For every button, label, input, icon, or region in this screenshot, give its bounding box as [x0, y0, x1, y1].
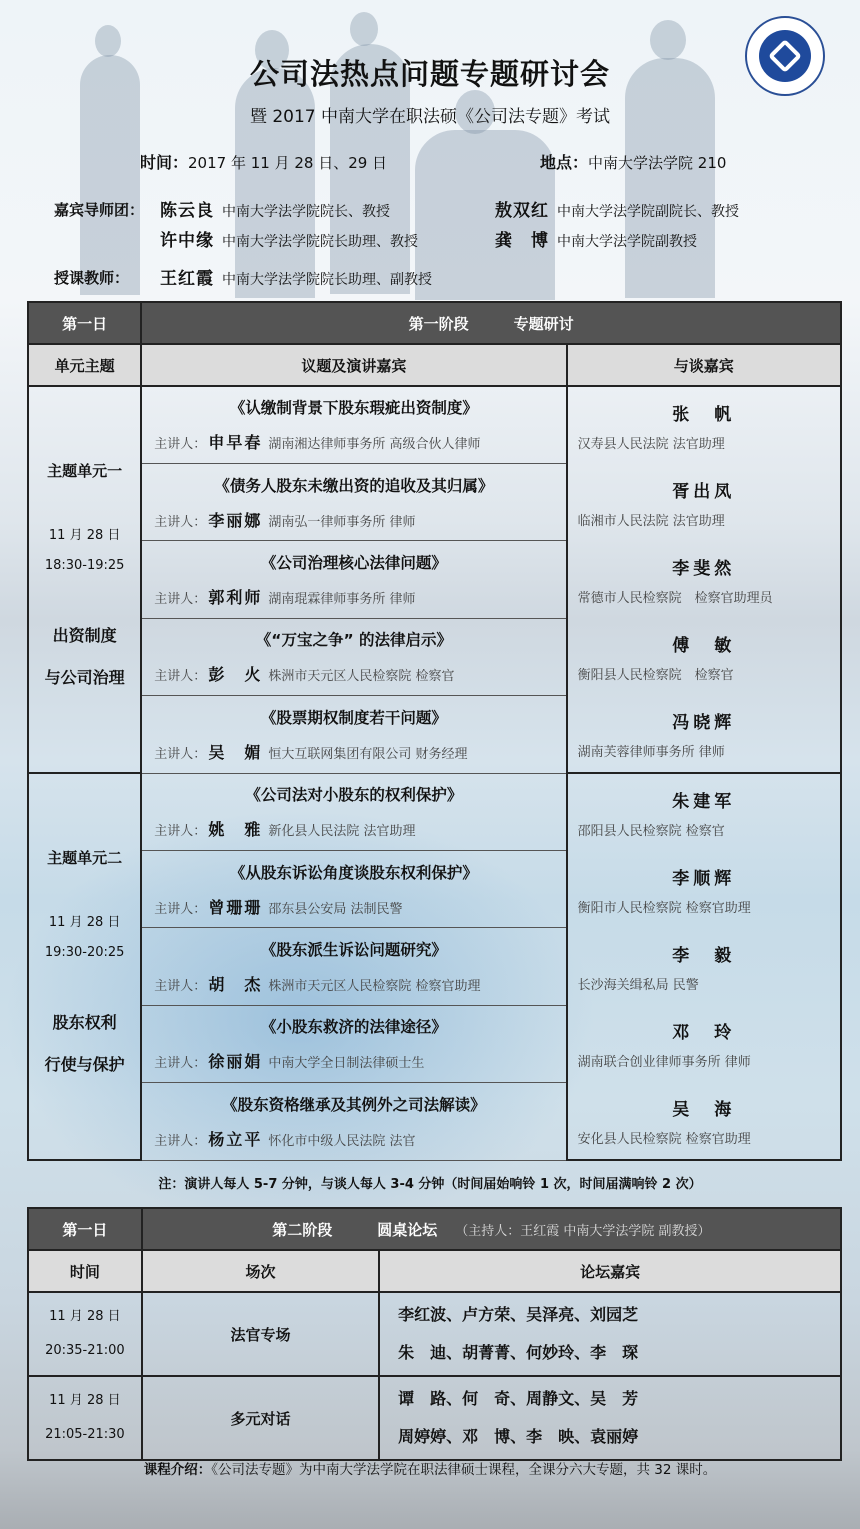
- topic-cell: 《股票期权制度若干问题》 主讲人：吴 媚恒大互联网集团有限公司 财务经理: [141, 696, 566, 773]
- mentor: 许中缘中南大学法学院院长助理、教授: [160, 226, 418, 251]
- stage-label: 第二阶段 圆桌论坛（主持人：王红霞 中南大学法学院 副教授）: [142, 1208, 841, 1250]
- panelist: 朱建军邵阳县人民检察院 检察官: [578, 774, 830, 851]
- panelist: 张 帆汉寿县人民法院 法官助理: [578, 387, 830, 464]
- topic-cell: 《认缴制背景下股东瑕疵出资制度》 主讲人：申早春湖南湘达律师事务所 高级合伙人律…: [141, 386, 566, 463]
- stage-label: 第一阶段 专题研讨: [141, 302, 841, 344]
- time-label: 时间：: [140, 153, 188, 172]
- stage1-table: 第一日 第一阶段 专题研讨 单元主题 议题及演讲嘉宾 与谈嘉宾 主题单元一 11…: [27, 301, 842, 1161]
- forum-session: 多元对话: [142, 1376, 379, 1460]
- speaker: 主讲人：徐丽娟中南大学全日制法律硕士生: [154, 1049, 553, 1072]
- page-subtitle: 暨 2017 中南大学在职法硕《公司法专题》考试: [0, 102, 860, 127]
- col-guests: 论坛嘉宾: [379, 1250, 841, 1292]
- event-time: 时间：2017 年 11 月 28 日、29 日: [140, 150, 387, 173]
- topic-cell: 《公司法对小股东的权利保护》 主讲人：姚 雅新化县人民法院 法官助理: [141, 773, 566, 850]
- col-topic: 议题及演讲嘉宾: [141, 344, 566, 386]
- col-time: 时间: [28, 1250, 142, 1292]
- topic-cell: 《股东派生诉讼问题研究》 主讲人：胡 杰株洲市天元区人民检察院 检察官助理: [141, 928, 566, 1005]
- unit-date: 11 月 28 日: [29, 908, 140, 938]
- topic-title: 《公司法对小股东的权利保护》: [154, 783, 553, 805]
- forum-host: （主持人：王红霞 中南大学法学院 副教授）: [455, 1224, 710, 1239]
- speaker: 主讲人：曾珊珊邵东县公安局 法制民警: [154, 895, 553, 918]
- stage1-header: 第一日 第一阶段 专题研讨: [28, 302, 841, 344]
- instructor-label: 授课教师：: [54, 267, 129, 288]
- speaker: 主讲人：申早春湖南湘达律师事务所 高级合伙人律师: [154, 430, 553, 453]
- forum-guests: 谭 路、何 奇、周静文、吴 芳周婷婷、邓 博、李 映、袁丽婷: [379, 1376, 841, 1460]
- unit-topic: 与公司治理: [29, 657, 140, 699]
- speaker: 主讲人：胡 杰株洲市天元区人民检察院 检察官助理: [154, 972, 553, 995]
- panelist: 李顺辉衡阳市人民检察院 检察官助理: [578, 851, 830, 928]
- table-row: 主题单元二 11 月 28 日 19:30-20:25 股东权利 行使与保护 《…: [28, 773, 841, 850]
- topic-title: 《债务人股东未缴出资的追收及其归属》: [154, 474, 553, 496]
- table-row: 主题单元一 11 月 28 日 18:30-19:25 出资制度 与公司治理 《…: [28, 386, 841, 463]
- unit-cell: 主题单元二 11 月 28 日 19:30-20:25 股东权利 行使与保护: [28, 773, 141, 1160]
- topic-title: 《公司治理核心法律问题》: [154, 551, 553, 573]
- topic-title: 《股东资格继承及其例外之司法解读》: [154, 1093, 553, 1115]
- panelist: 李斐然常德市人民检察院 检察官助理员: [578, 541, 830, 618]
- panelist: 冯晓辉湖南芙蓉律师事务所 律师: [578, 695, 830, 772]
- instructor: 王红霞中南大学法学院院长助理、副教授: [160, 264, 432, 289]
- col-panel: 与谈嘉宾: [567, 344, 841, 386]
- mentor: 龚 博中南大学法学院副教授: [495, 226, 697, 251]
- speaker: 主讲人：李丽娜湖南弘一律师事务所 律师: [154, 508, 553, 531]
- event-place: 地点：中南大学法学院 210: [540, 150, 726, 173]
- panel-cell: 张 帆汉寿县人民法院 法官助理 胥出凤临湘市人民法院 法官助理 李斐然常德市人民…: [567, 386, 841, 773]
- panelist: 邓 玲湖南联合创业律师事务所 律师: [578, 1005, 830, 1082]
- intro-label: 课程介绍：: [144, 1462, 212, 1478]
- speaker: 主讲人：姚 雅新化县人民法院 法官助理: [154, 817, 553, 840]
- panelist: 傅 敏衡阳县人民检察院 检察官: [578, 618, 830, 695]
- speaker: 主讲人：吴 媚恒大互联网集团有限公司 财务经理: [154, 740, 553, 763]
- topic-cell: 《股东资格继承及其例外之司法解读》 主讲人：杨立平怀化市中级人民法院 法官: [141, 1083, 566, 1160]
- topic-title: 《股票期权制度若干问题》: [154, 706, 553, 728]
- forum-time-cell: 11 月 28 日21:05-21:30: [28, 1376, 142, 1460]
- time-value: 2017 年 11 月 28 日、29 日: [188, 154, 387, 172]
- mentor: 敖双红中南大学法学院副院长、教授: [495, 196, 739, 221]
- unit-topic: 出资制度: [29, 615, 140, 657]
- day-label: 第一日: [28, 302, 141, 344]
- speaker: 主讲人：郭利师湖南琨霖律师事务所 律师: [154, 585, 553, 608]
- unit-time: 18:30-19:25: [29, 551, 140, 581]
- stage2-column-headers: 时间 场次 论坛嘉宾: [28, 1250, 841, 1292]
- unit-title: 主题单元二: [29, 847, 140, 868]
- course-intro: 课程介绍：《公司法专题》为中南大学法学院在职法律硕士课程，全课分六大专题，共 3…: [0, 1458, 860, 1478]
- unit-title: 主题单元一: [29, 460, 140, 481]
- day-label: 第一日: [28, 1208, 142, 1250]
- panelist: 吴 海安化县人民检察院 检察官助理: [578, 1082, 830, 1159]
- speaker: 主讲人：彭 火株洲市天元区人民检察院 检察官: [154, 662, 553, 685]
- panelist: 胥出凤临湘市人民法院 法官助理: [578, 464, 830, 541]
- forum-time-cell: 11 月 28 日20:35-21:00: [28, 1292, 142, 1376]
- unit-topic: 行使与保护: [29, 1044, 140, 1086]
- intro-text: 《公司法专题》为中南大学法学院在职法律硕士课程，全课分六大专题，共 32 课时。: [211, 1462, 716, 1478]
- panel-cell: 朱建军邵阳县人民检察院 检察官 李顺辉衡阳市人民检察院 检察官助理 李 毅长沙海…: [567, 773, 841, 1160]
- col-unit: 单元主题: [28, 344, 141, 386]
- topic-cell: 《“万宝之争” 的法律启示》 主讲人：彭 火株洲市天元区人民检察院 检察官: [141, 618, 566, 695]
- col-session: 场次: [142, 1250, 379, 1292]
- mentor: 陈云良中南大学法学院院长、教授: [160, 196, 390, 221]
- table-row: 11 月 28 日20:35-21:00 法官专场 李红波、卢方荣、吴泽亮、刘园…: [28, 1292, 841, 1376]
- unit-topic: 股东权利: [29, 1002, 140, 1044]
- forum-session: 法官专场: [142, 1292, 379, 1376]
- topic-cell: 《债务人股东未缴出资的追收及其归属》 主讲人：李丽娜湖南弘一律师事务所 律师: [141, 463, 566, 540]
- topic-title: 《认缴制背景下股东瑕疵出资制度》: [154, 396, 553, 418]
- unit-date: 11 月 28 日: [29, 521, 140, 551]
- mentors-label: 嘉宾导师团：: [54, 199, 144, 220]
- topic-cell: 《小股东救济的法律途径》 主讲人：徐丽娟中南大学全日制法律硕士生: [141, 1005, 566, 1082]
- topic-cell: 《从股东诉讼角度谈股东权利保护》 主讲人：曾珊珊邵东县公安局 法制民警: [141, 850, 566, 927]
- unit-cell: 主题单元一 11 月 28 日 18:30-19:25 出资制度 与公司治理: [28, 386, 141, 773]
- speaker: 主讲人：杨立平怀化市中级人民法院 法官: [154, 1127, 553, 1150]
- page-title: 公司法热点问题专题研讨会: [0, 52, 860, 93]
- place-label: 地点：: [540, 153, 588, 172]
- topic-title: 《“万宝之争” 的法律启示》: [154, 628, 553, 650]
- unit-time: 19:30-20:25: [29, 938, 140, 968]
- topic-title: 《从股东诉讼角度谈股东权利保护》: [154, 861, 553, 883]
- panelist: 李 毅长沙海关缉私局 民警: [578, 928, 830, 1005]
- topic-title: 《股东派生诉讼问题研究》: [154, 938, 553, 960]
- place-value: 中南大学法学院 210: [588, 154, 726, 172]
- topic-cell: 《公司治理核心法律问题》 主讲人：郭利师湖南琨霖律师事务所 律师: [141, 541, 566, 618]
- timing-note: 注：演讲人每人 5-7 分钟，与谈人每人 3-4 分钟（时间届始响铃 1 次，时…: [0, 1173, 860, 1192]
- forum-guests: 李红波、卢方荣、吴泽亮、刘园芝朱 迪、胡菁菁、何妙玲、李 琛: [379, 1292, 841, 1376]
- table-row: 11 月 28 日21:05-21:30 多元对话 谭 路、何 奇、周静文、吴 …: [28, 1376, 841, 1460]
- stage2-header: 第一日 第二阶段 圆桌论坛（主持人：王红霞 中南大学法学院 副教授）: [28, 1208, 841, 1250]
- stage2-table: 第一日 第二阶段 圆桌论坛（主持人：王红霞 中南大学法学院 副教授） 时间 场次…: [27, 1207, 842, 1461]
- topic-title: 《小股东救济的法律途径》: [154, 1015, 553, 1037]
- stage1-column-headers: 单元主题 议题及演讲嘉宾 与谈嘉宾: [28, 344, 841, 386]
